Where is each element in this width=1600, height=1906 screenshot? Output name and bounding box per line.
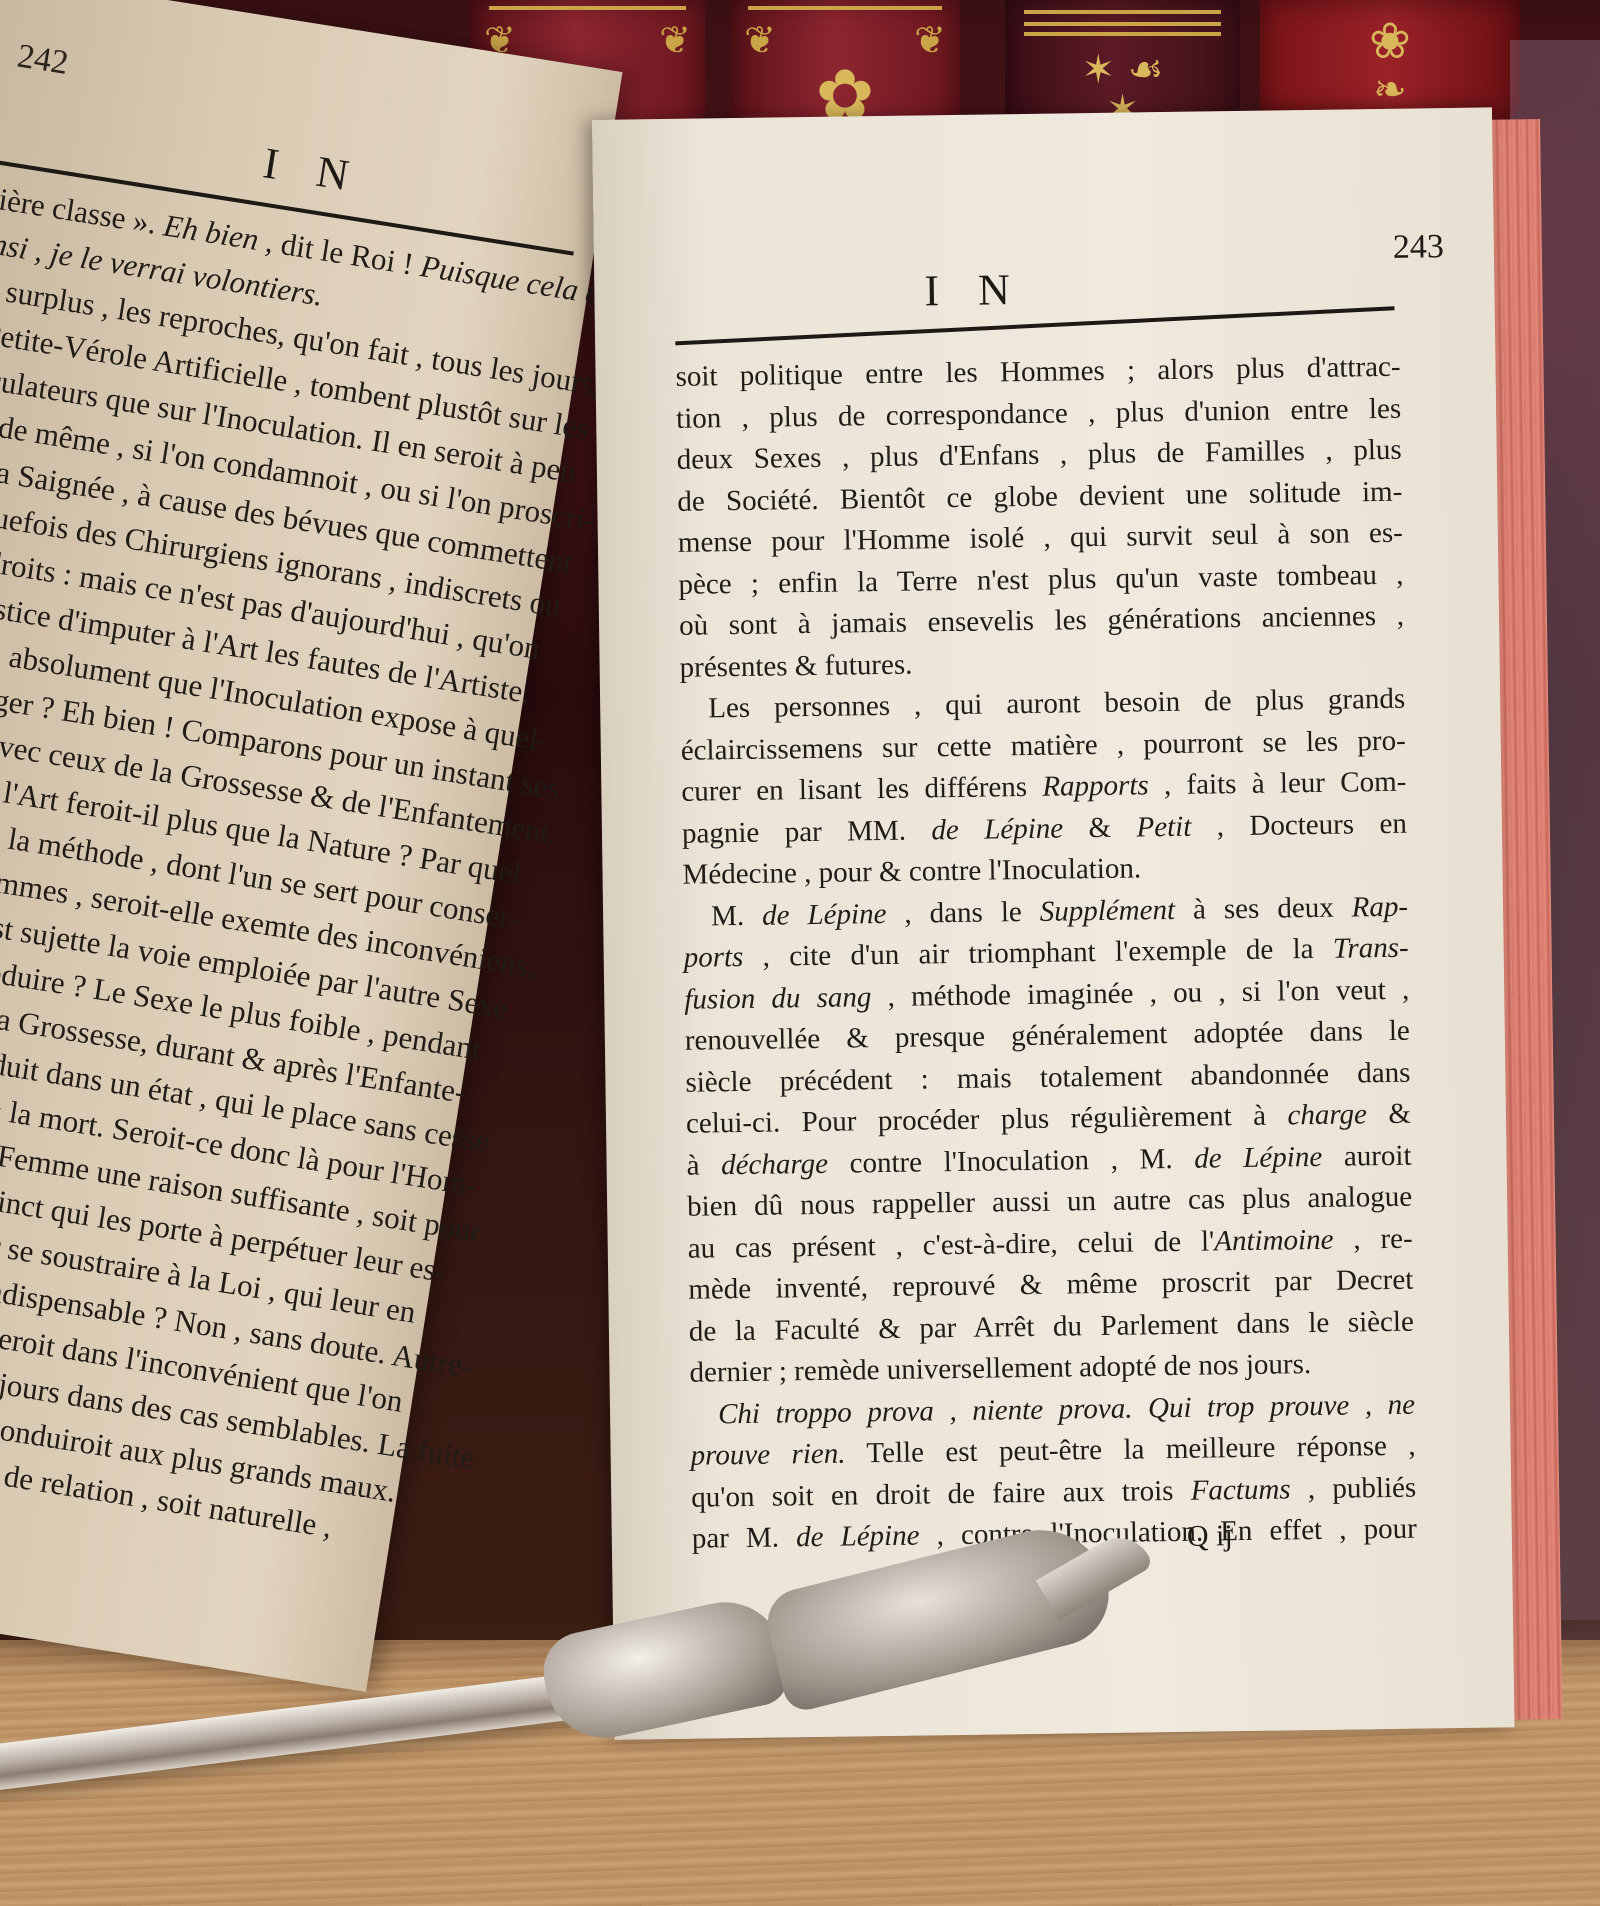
- running-header: I N: [260, 137, 366, 203]
- gilt-leaf-icon: ❧: [1373, 70, 1407, 110]
- page-text: soit politique entre les Hommes ; alors …: [675, 347, 1417, 1561]
- gilt-scroll-icon: ❦: [659, 18, 691, 62]
- page-number: 243: [1393, 228, 1445, 267]
- gilt-band: [489, 6, 686, 10]
- header-rule: [675, 306, 1394, 345]
- book-spine-4: ❀ ❧: [1260, 0, 1520, 120]
- gilt-scroll-icon: ❦: [914, 18, 946, 62]
- gilt-band: [1024, 22, 1221, 26]
- gilt-band: [748, 6, 941, 10]
- running-header: I N: [924, 264, 1024, 316]
- gilt-scroll-icon: ❦: [744, 18, 776, 62]
- signature-mark: Q ij: [1187, 1519, 1233, 1554]
- gilt-band: [1024, 10, 1221, 14]
- page-number: 242: [15, 37, 71, 83]
- gilt-flower-icon: ❀: [1369, 16, 1411, 66]
- right-page: 243 I N soit politique entre les Hommes …: [592, 107, 1515, 1739]
- gilt-band: [1024, 32, 1221, 36]
